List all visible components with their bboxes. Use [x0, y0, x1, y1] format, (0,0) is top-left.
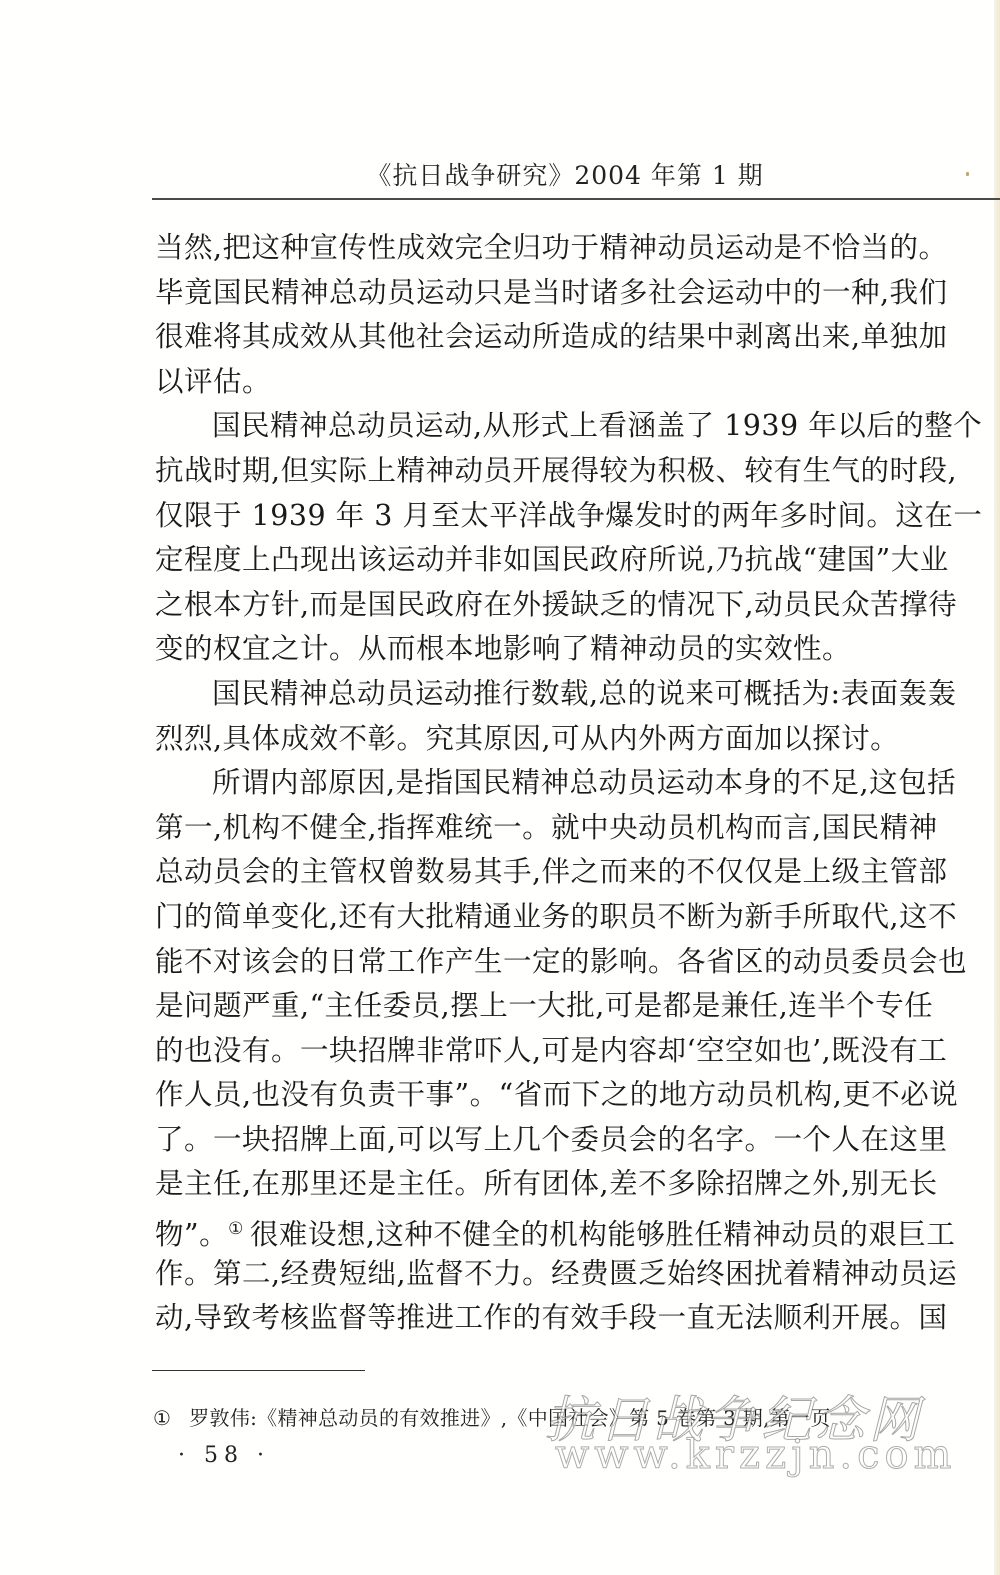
- text-line: 动,导致考核监督等推进工作的有效手段一直无法顺利开展。国: [155, 1296, 1000, 1341]
- body-text: 当然,把这种宣传性成效完全归功于精神动员运动是不恰当的。 毕竟国民精神总动员运动…: [155, 226, 1000, 1341]
- text-line: 定程度上凸现出该运动并非如国民政府所说,乃抗战“建国”大业: [155, 538, 1000, 583]
- page-number: · 58 ·: [178, 1443, 270, 1468]
- text-line: 门的简单变化,还有大批精通业务的职员不断为新手所取代,这不: [155, 895, 1000, 940]
- running-header: 《抗日战争研究》2004 年第 1 期: [0, 156, 1000, 192]
- text-line: 以评估。: [155, 360, 1000, 405]
- text-line: 抗战时期,但实际上精神动员开展得较为积极、较有生气的时段,: [155, 449, 1000, 494]
- text-segment: 物”。: [155, 1218, 228, 1251]
- text-line: 很难将其成效从其他社会运动所造成的结果中剥离出来,单独加: [155, 315, 1000, 360]
- watermark-url: www.krzzjn.com: [555, 1432, 956, 1478]
- text-line: 毕竟国民精神总动员运动只是当时诸多社会运动中的一种,我们: [155, 271, 1000, 316]
- text-line: 仅限于 1939 年 3 月至太平洋战争爆发时的两年多时间。这在一: [155, 494, 1000, 539]
- text-line: 是问题严重,“主任委员,摆上一大批,可是都是兼任,连半个专任: [155, 984, 1000, 1029]
- footnote-rule: [152, 1370, 365, 1371]
- header-rule: [152, 198, 1000, 200]
- text-line: 烈烈,具体成效不彰。究其原因,可从内外两方面加以探讨。: [155, 717, 1000, 762]
- text-line: 第一,机构不健全,指挥难统一。就中央动员机构而言,国民精神: [155, 806, 1000, 851]
- text-line: 当然,把这种宣传性成效完全归功于精神动员运动是不恰当的。: [155, 226, 1000, 271]
- footnote-reference[interactable]: ①: [228, 1219, 244, 1239]
- text-line: 了。一块招牌上面,可以写上几个委员会的名字。一个人在这里: [155, 1118, 1000, 1163]
- text-line: 是主任,在那里还是主任。所有团体,差不多除招牌之外,别无长: [155, 1162, 1000, 1207]
- text-line: 作人员,也没有负责干事”。“省而下之的地方动员机构,更不必说: [155, 1073, 1000, 1118]
- text-line: 总动员会的主管权曾数易其手,伴之而来的不仅仅是上级主管部: [155, 850, 1000, 895]
- text-line: 作。第二,经费短绌,监督不力。经费匮乏始终困扰着精神动员运: [155, 1252, 1000, 1297]
- text-line: 变的权宜之计。从而根本地影响了精神动员的实效性。: [155, 627, 1000, 672]
- text-segment: 很难设想,这种不健全的机构能够胜任精神动员的艰巨工: [250, 1218, 956, 1251]
- paragraph-start-line: 所谓内部原因,是指国民精神总动员运动本身的不足,这包括: [155, 761, 1000, 806]
- paragraph-start-line: 国民精神总动员运动,从形式上看涵盖了 1939 年以后的整个: [155, 404, 1000, 449]
- paragraph-start-line: 国民精神总动员运动推行数载,总的说来可概括为:表面轰轰: [155, 672, 1000, 717]
- text-line: 的也没有。一块招牌非常吓人,可是内容却‘空空如也’,既没有工: [155, 1029, 1000, 1074]
- text-line-with-footnote-ref: 物”。①很难设想,这种不健全的机构能够胜任精神动员的艰巨工: [155, 1207, 1000, 1252]
- footnote-marker: ①: [153, 1406, 171, 1430]
- text-line: 之根本方针,而是国民政府在外援缺乏的情况下,动员民众苦撑待: [155, 583, 1000, 628]
- text-line: 能不对该会的日常工作产生一定的影响。各省区的动员委员会也: [155, 940, 1000, 985]
